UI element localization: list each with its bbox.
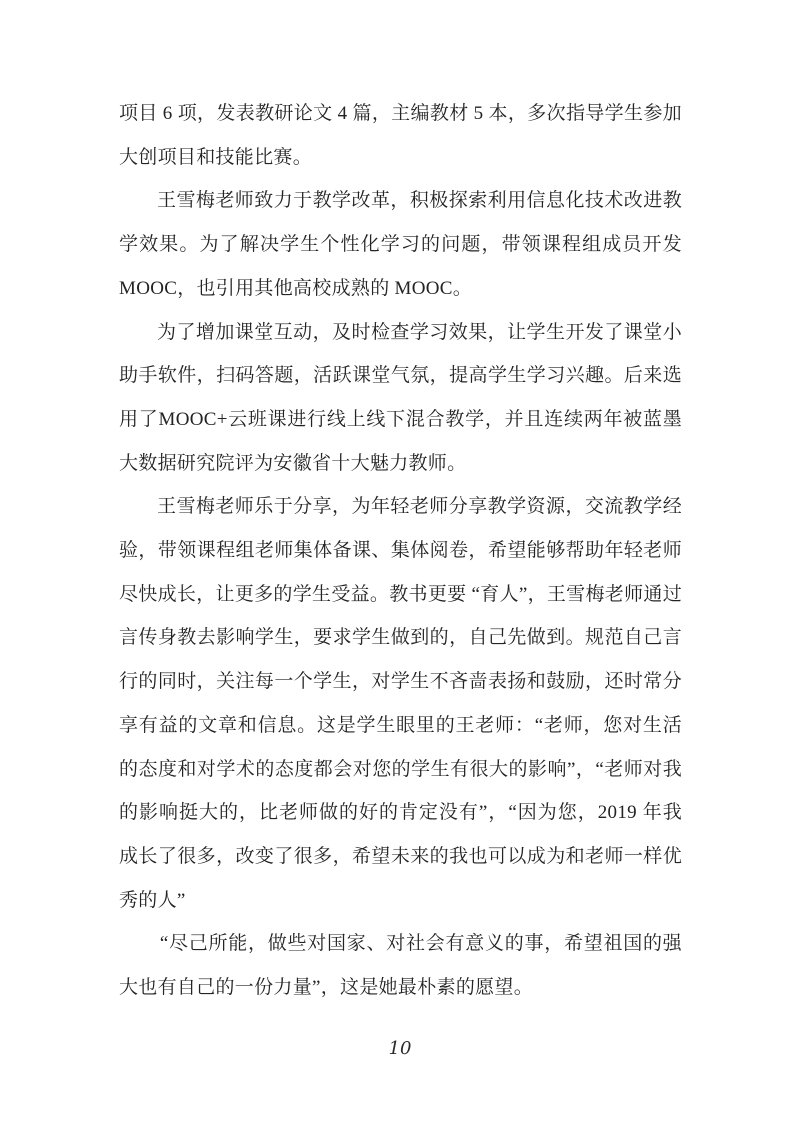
paragraph-continuation: 项目 6 项，发表教研论文 4 篇，主编教材 5 本，多次指导学生参加大创项目和…: [119, 92, 682, 179]
paragraph-classroom-interaction: 为了增加课堂互动，及时检查学习效果，让学生开发了课堂小助手软件，扫码答题，活跃课…: [119, 311, 682, 486]
paragraph-sharing-mentoring: 王雪梅老师乐于分享，为年轻老师分享教学资源，交流教学经验，带领课程组老师集体备课…: [119, 485, 682, 922]
document-body: 项目 6 项，发表教研论文 4 篇，主编教材 5 本，多次指导学生参加大创项目和…: [119, 92, 682, 1010]
paragraph-closing-quote: “尽己所能，做些对国家、对社会有意义的事，希望祖国的强大也有自己的一份力量”，这…: [119, 922, 682, 1009]
document-page: 项目 6 项，发表教研论文 4 篇，主编教材 5 本，多次指导学生参加大创项目和…: [0, 0, 800, 1131]
paragraph-teaching-reform: 王雪梅老师致力于教学改革，积极探索利用信息化技术改进教学效果。为了解决学生个性化…: [119, 179, 682, 310]
page-number: 10: [0, 1038, 800, 1059]
